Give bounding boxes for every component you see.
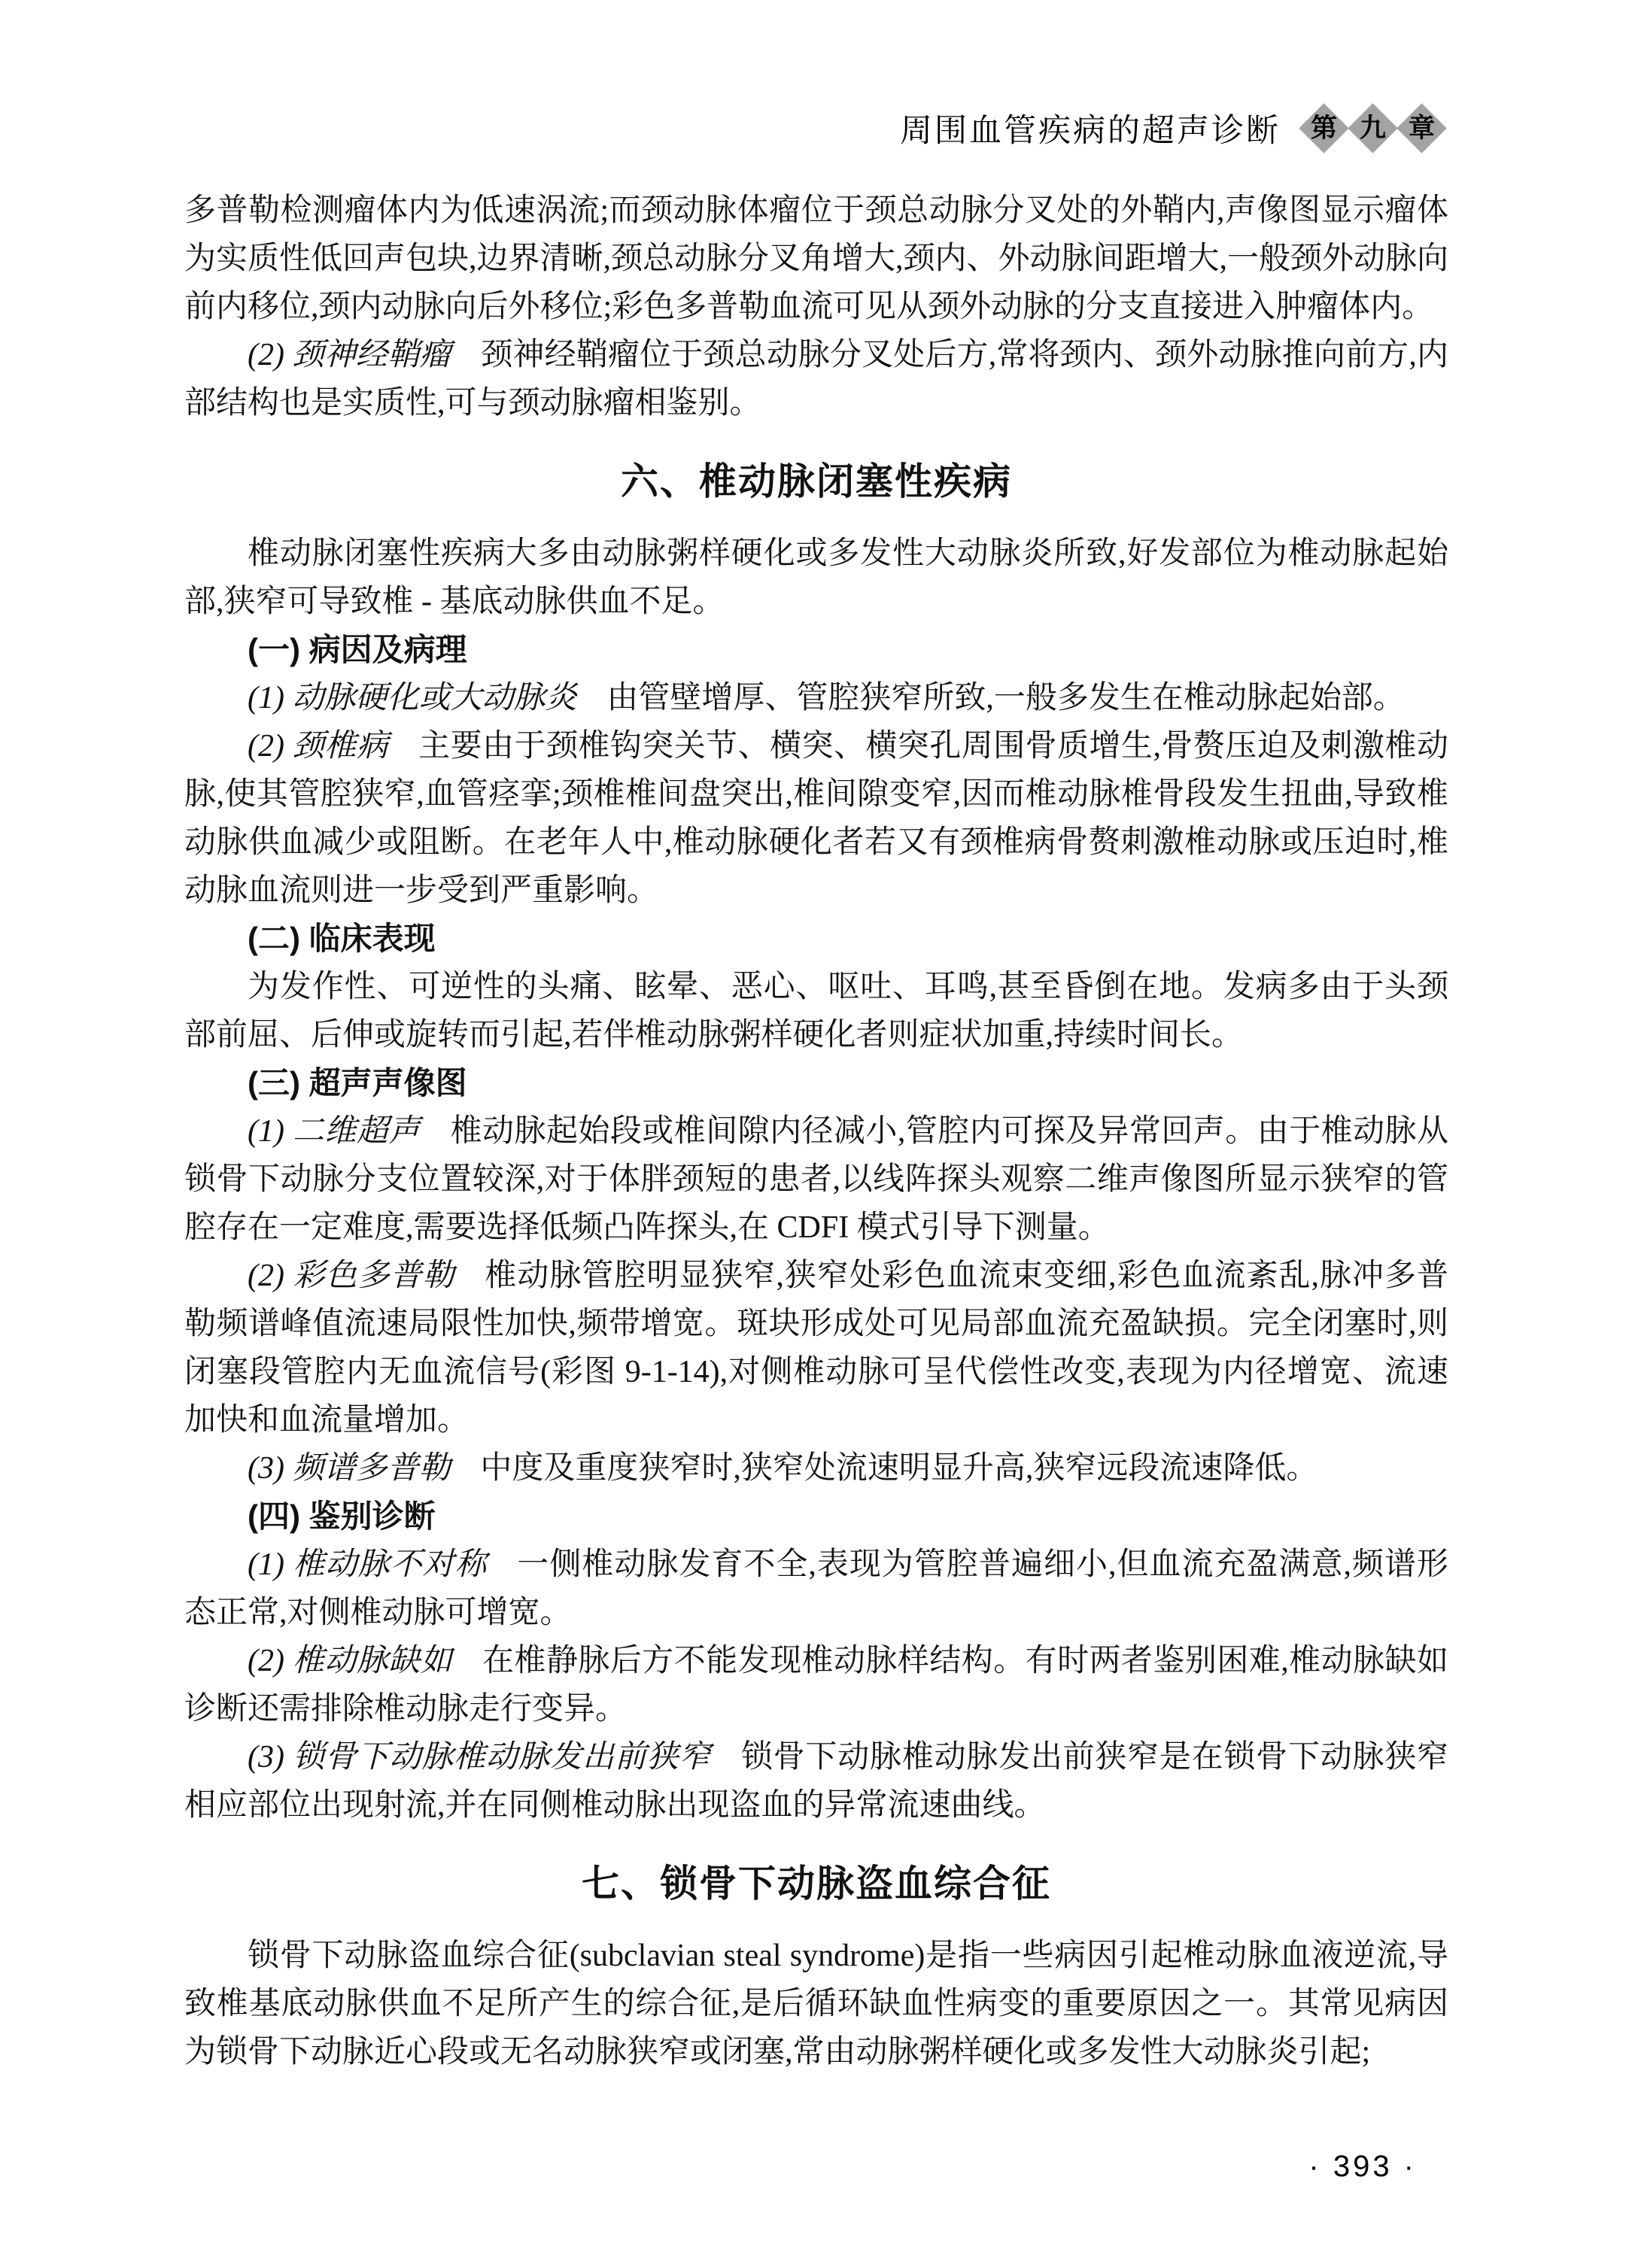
numbered-item: (1) 二维超声椎动脉起始段或椎间隙内径减小,管腔内可探及异常回声。由于椎动脉从… (184, 1107, 1448, 1252)
numbered-item: (2) 彩色多普勒椎动脉管腔明显狭窄,狭窄处彩色血流束变细,彩色血流紊乱,脉冲多… (184, 1252, 1448, 1444)
page-number: · 393 · (1308, 2150, 1417, 2184)
numbered-item: (2) 颈椎病主要由于颈椎钩突关节、横突、横突孔周围骨质增生,骨赘压迫及刺激椎动… (184, 722, 1448, 915)
numbered-item: (2) 颈神经鞘瘤颈神经鞘瘤位于颈总动脉分叉处后方,常将颈内、颈外动脉推向前方,… (184, 331, 1448, 427)
section-heading: 六、椎动脉闭塞性疾病 (184, 460, 1448, 502)
paragraph: 为发作性、可逆性的头痛、眩晕、恶心、呕吐、耳鸣,甚至昏倒在地。发病多由于头颈部前… (184, 963, 1448, 1059)
page-content: 多普勒检测瘤体内为低速涡流;而颈动脉体瘤位于颈总动脉分叉处的外鞘内,声像图显示瘤… (184, 187, 1448, 2076)
subsection-heading: (三) 超声声像图 (184, 1059, 1448, 1107)
paragraph: 锁骨下动脉盗血综合征(subclavian steal syndrome)是指一… (184, 1932, 1448, 2076)
subsection-heading: (一) 病因及病理 (184, 626, 1448, 674)
chapter-char: 九 (1360, 115, 1386, 141)
item-label: (2) 彩色多普勒 (248, 1258, 455, 1293)
item-label: (1) 椎动脉不对称 (248, 1547, 488, 1582)
item-text: 中度及重度狭窄时,狭窄处流速明显升高,狭窄远段流速降低。 (480, 1451, 1317, 1486)
section-heading: 七、锁骨下动脉盗血综合征 (184, 1863, 1448, 1905)
numbered-item: (1) 椎动脉不对称一侧椎动脉发育不全,表现为管腔普遍细小,但血流充盈满意,频谱… (184, 1541, 1448, 1637)
running-head-title: 周围血管疾病的超声诊断 (900, 105, 1281, 151)
chapter-badge: 第 九 章 (1306, 111, 1448, 146)
numbered-item: (3) 频谱多普勒中度及重度狭窄时,狭窄处流速明显升高,狭窄远段流速降低。 (184, 1444, 1448, 1492)
subsection-heading: (二) 临床表现 (184, 915, 1448, 963)
item-label: (2) 椎动脉缺如 (248, 1644, 452, 1678)
subsection-heading: (四) 鉴别诊断 (184, 1492, 1448, 1541)
book-page: 周围血管疾病的超声诊断 第 九 章 多普勒检测瘤体内为低速涡流;而颈动脉体瘤位于… (0, 0, 1629, 2268)
numbered-item: (2) 椎动脉缺如在椎静脉后方不能发现椎动脉样结构。有时两者鉴别困难,椎动脉缺如… (184, 1637, 1448, 1733)
chapter-badge-diamond: 九 (1348, 103, 1397, 153)
numbered-item: (1) 动脉硬化或大动脉炎由管壁增厚、管腔狭窄所致,一般多发生在椎动脉起始部。 (184, 674, 1448, 722)
item-label: (3) 锁骨下动脉椎动脉发出前狭窄 (248, 1740, 711, 1775)
chapter-char: 第 (1311, 115, 1337, 141)
numbered-item: (3) 锁骨下动脉椎动脉发出前狭窄锁骨下动脉椎动脉发出前狭窄是在锁骨下动脉狭窄相… (184, 1733, 1448, 1829)
chapter-badge-diamond: 章 (1397, 103, 1446, 153)
paragraph: 多普勒检测瘤体内为低速涡流;而颈动脉体瘤位于颈总动脉分叉处的外鞘内,声像图显示瘤… (184, 187, 1448, 331)
chapter-badge-diamond: 第 (1299, 103, 1348, 153)
chapter-char: 章 (1409, 115, 1435, 141)
item-label: (1) 动脉硬化或大动脉炎 (248, 681, 576, 715)
item-text: 由管壁增厚、管腔狭窄所致,一般多发生在椎动脉起始部。 (606, 681, 1405, 715)
item-label: (1) 二维超声 (248, 1114, 421, 1149)
item-label: (2) 颈椎病 (248, 729, 388, 764)
page-header: 周围血管疾病的超声诊断 第 九 章 (900, 105, 1448, 151)
item-label: (2) 颈神经鞘瘤 (248, 338, 451, 372)
paragraph: 椎动脉闭塞性疾病大多由动脉粥样硬化或多发性大动脉炎所致,好发部位为椎动脉起始部,… (184, 530, 1448, 626)
item-label: (3) 频谱多普勒 (248, 1451, 450, 1486)
